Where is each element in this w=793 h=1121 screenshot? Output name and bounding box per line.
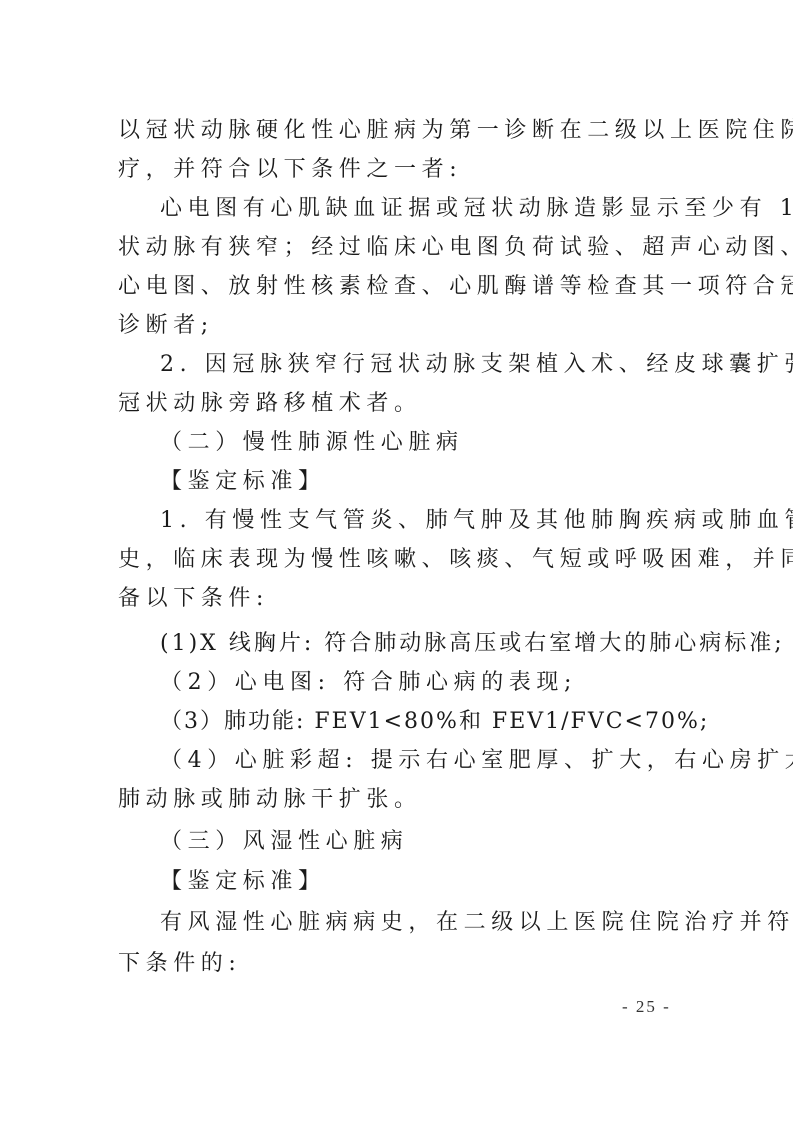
section-heading: （二）慢性肺源性心脏病 bbox=[160, 423, 750, 462]
list-item-line: 2. 因冠脉狭窄行冠状动脉支架植入术、经皮球囊扩张术、 bbox=[160, 345, 750, 384]
paragraph-line: 心电图有心肌缺血证据或冠状动脉造影显示至少有 1 支冠 bbox=[160, 189, 750, 228]
criteria-item: 肺动脉或肺动脉干扩张。 bbox=[118, 780, 708, 819]
paragraph-line: 下条件的: bbox=[118, 944, 708, 983]
list-item-line: 1. 有慢性支气管炎、肺气肿及其他肺胸疾病或肺血管疾病 bbox=[160, 501, 750, 540]
page-number: - 25 - bbox=[622, 997, 671, 1017]
paragraph-line: 心电图、放射性核素检查、心肌酶谱等检查其一项符合冠心病 bbox=[118, 267, 708, 306]
document-page: 以冠状动脉硬化性心脏病为第一诊断在二级以上医院住院治 疗，并符合以下条件之一者:… bbox=[0, 0, 793, 1121]
paragraph-line: 有风湿性心脏病病史，在二级以上医院住院治疗并符合以 bbox=[160, 903, 750, 942]
criteria-item: (1)X 线胸片: 符合肺动脉高压或右室增大的肺心病标准; bbox=[160, 624, 750, 663]
paragraph-line: 诊断者; bbox=[118, 306, 708, 345]
list-item-line: 史，临床表现为慢性咳嗽、咳痰、气短或呼吸困难，并同时具 bbox=[118, 540, 708, 579]
paragraph-line: 状动脉有狭窄；经过临床心电图负荷试验、超声心动图、动态 bbox=[118, 228, 708, 267]
subsection-label: 【鉴定标准】 bbox=[160, 862, 750, 901]
criteria-item: （2）心电图: 符合肺心病的表现; bbox=[160, 663, 750, 702]
paragraph-line: 疗，并符合以下条件之一者: bbox=[118, 150, 708, 189]
section-heading: （三）风湿性心脏病 bbox=[160, 822, 750, 861]
list-item-line: 备以下条件: bbox=[118, 579, 708, 618]
list-item-line: 冠状动脉旁路移植术者。 bbox=[118, 384, 708, 423]
criteria-item: （4）心脏彩超: 提示右心室肥厚、扩大，右心房扩大，右 bbox=[160, 741, 750, 780]
subsection-label: 【鉴定标准】 bbox=[160, 462, 750, 501]
criteria-item: （3）肺功能: FEV1<80%和 FEV1/FVC<70%; bbox=[160, 702, 750, 741]
paragraph-line: 以冠状动脉硬化性心脏病为第一诊断在二级以上医院住院治 bbox=[118, 111, 708, 150]
